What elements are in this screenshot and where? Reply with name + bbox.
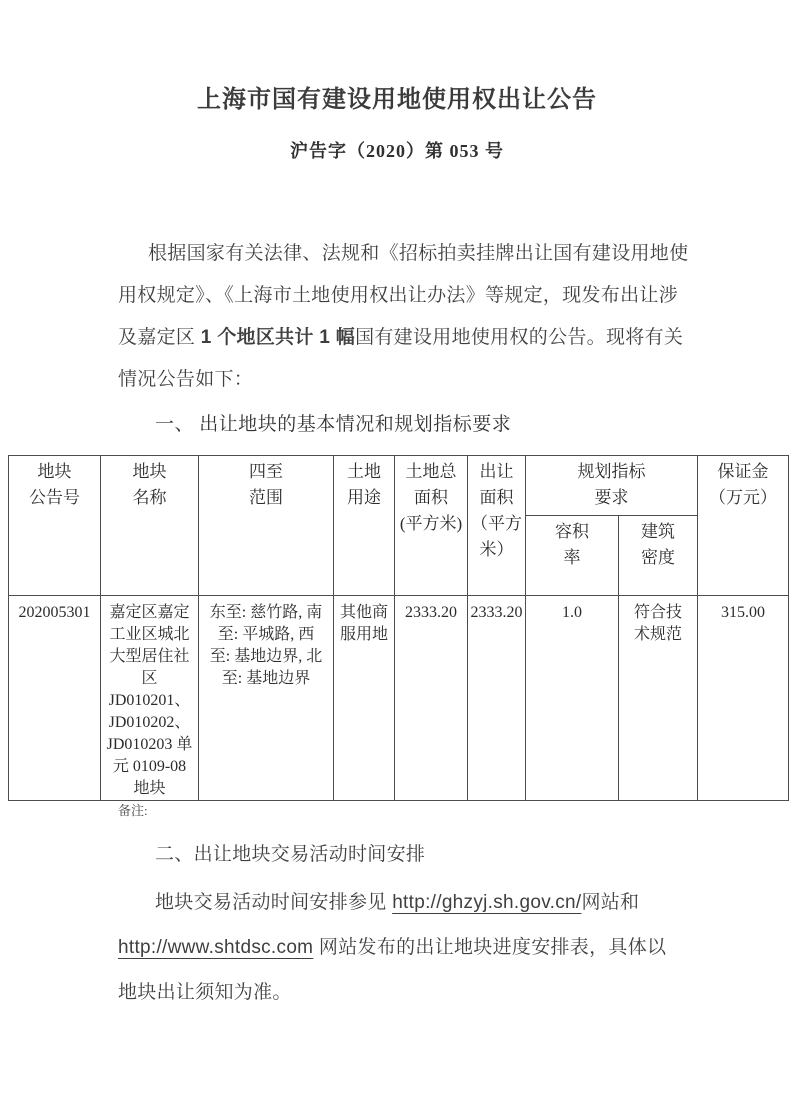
text-segment: 保证金 (718, 462, 769, 481)
text-line: 202005301 (10, 602, 99, 624)
text-segment: 315.00 (721, 604, 765, 621)
text-line: 符合技 (620, 602, 696, 624)
text-segment: 情况公告如下： (118, 369, 253, 390)
text-line: 面积 (469, 485, 524, 511)
announcement-page: 上海市国有建设用地使用权出让公告 沪告字（2020）第 053 号 根据国家有关… (0, 0, 794, 1108)
cell-block-no: 202005301 (9, 596, 101, 801)
text-line: 容积 (527, 519, 617, 545)
remark-label: 备注: (118, 803, 148, 819)
text-segment: 至: 平城路, 西 (218, 626, 314, 643)
text-segment: 嘉定区嘉定 (109, 604, 189, 621)
text-segment: 国有建设用地使用权的公告。现将有关 (355, 327, 683, 348)
text-segment: 名称 (133, 488, 167, 507)
text-segment: JD010201、 (109, 692, 191, 709)
text-line: 根据国家有关法律、法规和《招标拍卖挂牌出让国有建设用地使 (118, 233, 702, 275)
text-line: 其他商 (335, 602, 393, 624)
text-line: 建筑 (620, 519, 696, 545)
intro-paragraph: 根据国家有关法律、法规和《招标拍卖挂牌出让国有建设用地使用权规定》、《上海市土地… (118, 233, 702, 401)
cell-boundaries: 东至: 慈竹路, 南至: 平城路, 西至: 基地边界, 北至: 基地边界 (199, 596, 334, 801)
table-row: 202005301 嘉定区嘉定工业区城北大型居住社区JD010201、JD010… (9, 596, 789, 801)
closing-paragraph: 地块交易活动时间安排参见 http://ghzyj.sh.gov.cn/网站和h… (118, 880, 702, 1015)
text-line: 米） (469, 537, 524, 563)
col-header-grant-area: 出让面积（平方米） (468, 456, 526, 596)
text-line: 2333.20 (469, 602, 524, 624)
cell-grant-area: 2333.20 (468, 596, 526, 801)
cell-building-density: 符合技术规范 (619, 596, 698, 801)
text-line: 东至: 慈竹路, 南 (200, 602, 332, 624)
text-segment: 公告号 (29, 488, 80, 507)
text-segment: 要求 (595, 488, 629, 507)
text-segment: 面积 (414, 488, 448, 507)
text-line: 大型居住社 (102, 646, 197, 668)
text-line: 地块出让须知为准。 (118, 970, 702, 1015)
text-line: 1.0 (527, 602, 617, 624)
col-header-land-use: 土地用途 (334, 456, 395, 596)
text-segment: 建筑 (641, 522, 675, 541)
text-line: 出让 (469, 459, 524, 485)
text-line: 地块 (102, 459, 197, 485)
text-line: 服用地 (335, 624, 393, 646)
col-header-block-name: 地块名称 (101, 456, 199, 596)
text-line: 元 0109-08 (102, 756, 197, 778)
link-ghzyj-sh-gov-cn[interactable]: http://ghzyj.sh.gov.cn/ (392, 892, 581, 913)
section-2-heading: 二、出让地块交易活动时间安排 (155, 843, 425, 867)
text-line: 嘉定区嘉定 (102, 602, 197, 624)
text-segment: 容积 (555, 522, 589, 541)
page-title: 上海市国有建设用地使用权出让公告 (0, 86, 794, 114)
text-line: （万元） (699, 485, 787, 511)
text-segment: 服用地 (340, 626, 388, 643)
text-segment: （万元） (709, 488, 777, 507)
text-segment: 术规范 (634, 626, 682, 643)
col-header-deposit: 保证金（万元） (698, 456, 789, 596)
text-segment: 面积 (480, 488, 514, 507)
text-line: 密度 (620, 545, 696, 571)
text-segment: 地块出让须知为准。 (118, 982, 292, 1003)
text-segment: 地块 (133, 780, 165, 797)
text-line: 用途 (335, 485, 393, 511)
text-segment: 地块交易活动时间安排参见 (155, 892, 392, 913)
text-segment: JD010203 单 (107, 736, 193, 753)
text-segment: 密度 (641, 548, 675, 567)
text-segment: JD010202、 (109, 714, 191, 731)
text-line: 术规范 (620, 624, 696, 646)
cell-deposit: 315.00 (698, 596, 789, 801)
text-line: 区 (102, 668, 197, 690)
text-segment: 四至 (249, 462, 283, 481)
text-line: 地块 (10, 459, 99, 485)
text-line: 土地总 (396, 459, 466, 485)
cell-land-use: 其他商服用地 (334, 596, 395, 801)
text-line: 保证金 (699, 459, 787, 485)
text-segment: 大型居住社 (109, 648, 189, 665)
document-number: 沪告字（2020）第 053 号 (0, 140, 794, 162)
text-segment: 符合技 (634, 604, 682, 621)
text-segment: 2333.20 (471, 604, 523, 621)
text-segment: 率 (564, 548, 581, 567)
text-line: 至: 基地边界 (200, 668, 332, 690)
text-line: 公告号 (10, 485, 99, 511)
text-segment: 东至: 慈竹路, 南 (210, 604, 322, 621)
text-line: 及嘉定区 1 个地区共计 1 幅国有建设用地使用权的公告。现将有关 (118, 317, 702, 359)
text-segment: 2333.20 (405, 604, 457, 621)
text-segment: 网站和 (581, 892, 639, 913)
text-segment: 至: 基地边界, 北 (210, 648, 322, 665)
text-segment: 土地总 (406, 462, 457, 481)
text-segment: 网站发布的出让地块进度安排表，具体以 (313, 937, 666, 958)
text-line: （平方 (469, 511, 524, 537)
text-line: http://www.shtdsc.com 网站发布的出让地块进度安排表，具体以 (118, 925, 702, 970)
cell-total-area: 2333.20 (395, 596, 468, 801)
text-segment: 米） (480, 540, 514, 559)
text-segment: 1 个地区共计 1 幅 (201, 327, 355, 348)
text-line: 面积 (396, 485, 466, 511)
link-www-shtdsc-com[interactable]: http://www.shtdsc.com (118, 937, 313, 958)
text-segment: 202005301 (19, 604, 91, 621)
text-segment: 1.0 (562, 604, 582, 621)
text-segment: 地块 (38, 462, 72, 481)
text-line: 范围 (200, 485, 332, 511)
text-line: 至: 平城路, 西 (200, 624, 332, 646)
text-segment: 土地 (347, 462, 381, 481)
text-segment: (平方米) (400, 514, 462, 533)
text-line: 名称 (102, 485, 197, 511)
col-header-floor-area-ratio: 容积率 (526, 516, 619, 596)
land-parcel-table: 地块公告号 地块名称 四至范围 土地用途 土地总面积(平方米) 出让面积（平方米… (8, 455, 789, 801)
text-segment: 元 0109-08 (113, 758, 186, 775)
col-header-building-density: 建筑密度 (619, 516, 698, 596)
text-segment: 及嘉定区 (118, 327, 201, 348)
text-segment: 范围 (249, 488, 283, 507)
col-header-total-area: 土地总面积(平方米) (395, 456, 468, 596)
text-line: 工业区城北 (102, 624, 197, 646)
text-line: 四至 (200, 459, 332, 485)
text-line: JD010202、 (102, 712, 197, 734)
text-line: 315.00 (699, 602, 787, 624)
text-line: 至: 基地边界, 北 (200, 646, 332, 668)
text-line: 用权规定》、《上海市土地使用权出让办法》等规定，现发布出让涉 (118, 275, 702, 317)
text-segment: （平方 (471, 514, 522, 533)
text-segment: 工业区城北 (109, 626, 189, 643)
text-line: 地块 (102, 778, 197, 800)
col-header-boundaries: 四至范围 (199, 456, 334, 596)
cell-floor-area-ratio: 1.0 (526, 596, 619, 801)
text-segment: 至: 基地边界 (222, 670, 310, 687)
text-segment: 区 (141, 670, 157, 687)
text-segment: 其他商 (340, 604, 388, 621)
text-line: 土地 (335, 459, 393, 485)
cell-block-name: 嘉定区嘉定工业区城北大型居住社区JD010201、JD010202、JD0102… (101, 596, 199, 801)
text-segment: 规划指标 (578, 462, 646, 481)
section-1-heading: 一、 出让地块的基本情况和规划指标要求 (155, 413, 511, 437)
text-segment: 根据国家有关法律、法规和《招标拍卖挂牌出让国有建设用地使 (148, 243, 688, 264)
text-line: (平方米) (396, 511, 466, 537)
text-segment: 用权规定》、《上海市土地使用权出让办法》等规定，现发布出让涉 (118, 285, 678, 306)
text-segment: 出让 (480, 462, 514, 481)
text-line: 率 (527, 545, 617, 571)
text-line: 规划指标 (527, 459, 696, 485)
col-header-planning-requirements: 规划指标要求 (526, 456, 698, 516)
text-segment: 用途 (347, 488, 381, 507)
text-line: 要求 (527, 485, 696, 511)
col-header-block-no: 地块公告号 (9, 456, 101, 596)
text-line: 情况公告如下： (118, 359, 702, 401)
text-line: JD010203 单 (102, 734, 197, 756)
text-segment: 地块 (133, 462, 167, 481)
text-line: 2333.20 (396, 602, 466, 624)
text-line: JD010201、 (102, 690, 197, 712)
text-line: 地块交易活动时间安排参见 http://ghzyj.sh.gov.cn/网站和 (118, 880, 702, 925)
